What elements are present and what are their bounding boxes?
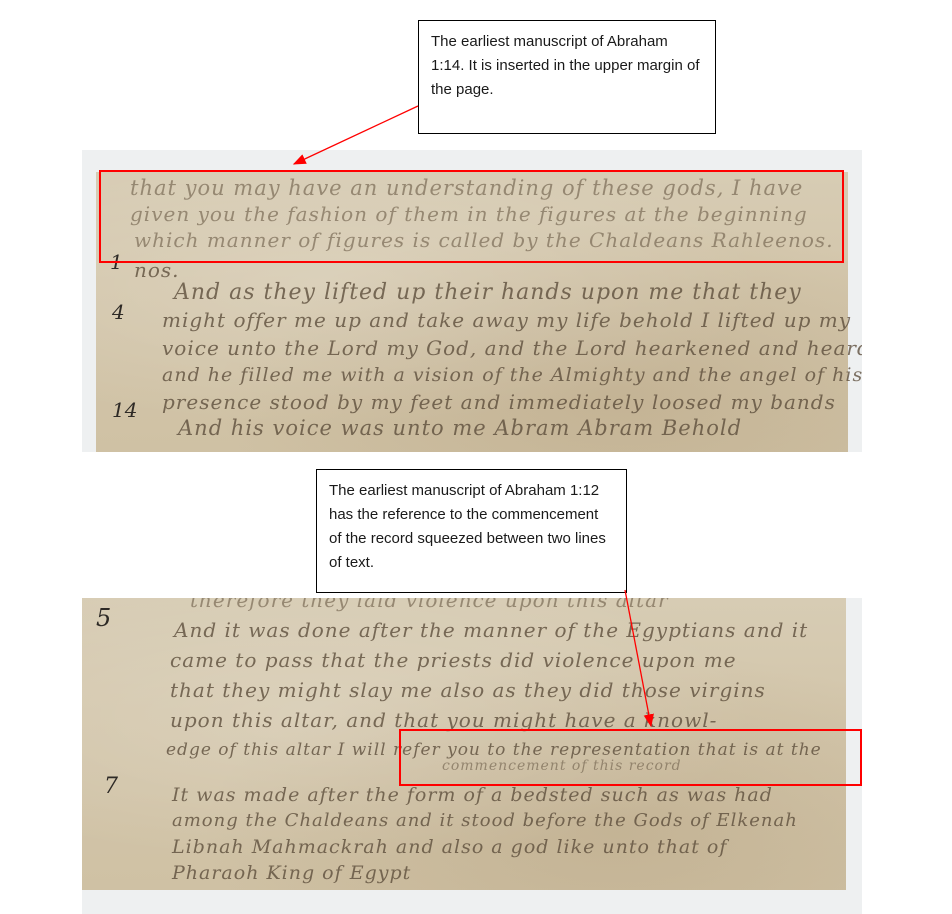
manuscript-line: It was made after the form of a bedsted … [172, 784, 773, 806]
manuscript-line: Libnah Mahmackrah and also a god like un… [172, 836, 727, 858]
manuscript-line: came to pass that the priests did violen… [170, 648, 737, 672]
verse-margin-mark: 4 [112, 300, 125, 324]
callout-text: The earliest manuscript of Abraham 1:12 … [329, 479, 614, 575]
manuscript-line: might offer me up and take away my life … [162, 308, 851, 332]
highlight-box-abraham-1-12 [399, 729, 862, 786]
callout-abraham-1-12: The earliest manuscript of Abraham 1:12 … [316, 469, 627, 593]
manuscript-line: And as they lifted up their hands upon m… [174, 280, 802, 305]
manuscript-line: And it was done after the manner of the … [174, 618, 808, 642]
manuscript-line: presence stood by my feet and immediatel… [162, 390, 836, 414]
manuscript-line: that they might slay me also as they did… [170, 678, 766, 702]
manuscript-line: therefore they laid violence upon this a… [190, 598, 669, 612]
verse-margin-mark: 14 [112, 398, 137, 422]
manuscript-line: voice unto the Lord my God, and the Lord… [162, 336, 862, 360]
manuscript-line: Pharaoh King of Egypt [172, 862, 411, 884]
manuscript-line: and he filled me with a vision of the Al… [162, 364, 862, 386]
callout-abraham-1-14: The earliest manuscript of Abraham 1:14.… [418, 20, 716, 134]
callout-text: The earliest manuscript of Abraham 1:14.… [431, 30, 703, 102]
manuscript-line: And his voice was unto me Abram Abram Be… [178, 416, 742, 440]
manuscript-line: among the Chaldeans and it stood before … [172, 810, 798, 831]
verse-margin-mark: 5 [96, 604, 111, 632]
verse-margin-mark: 7 [104, 774, 118, 799]
highlight-box-abraham-1-14 [99, 170, 844, 263]
